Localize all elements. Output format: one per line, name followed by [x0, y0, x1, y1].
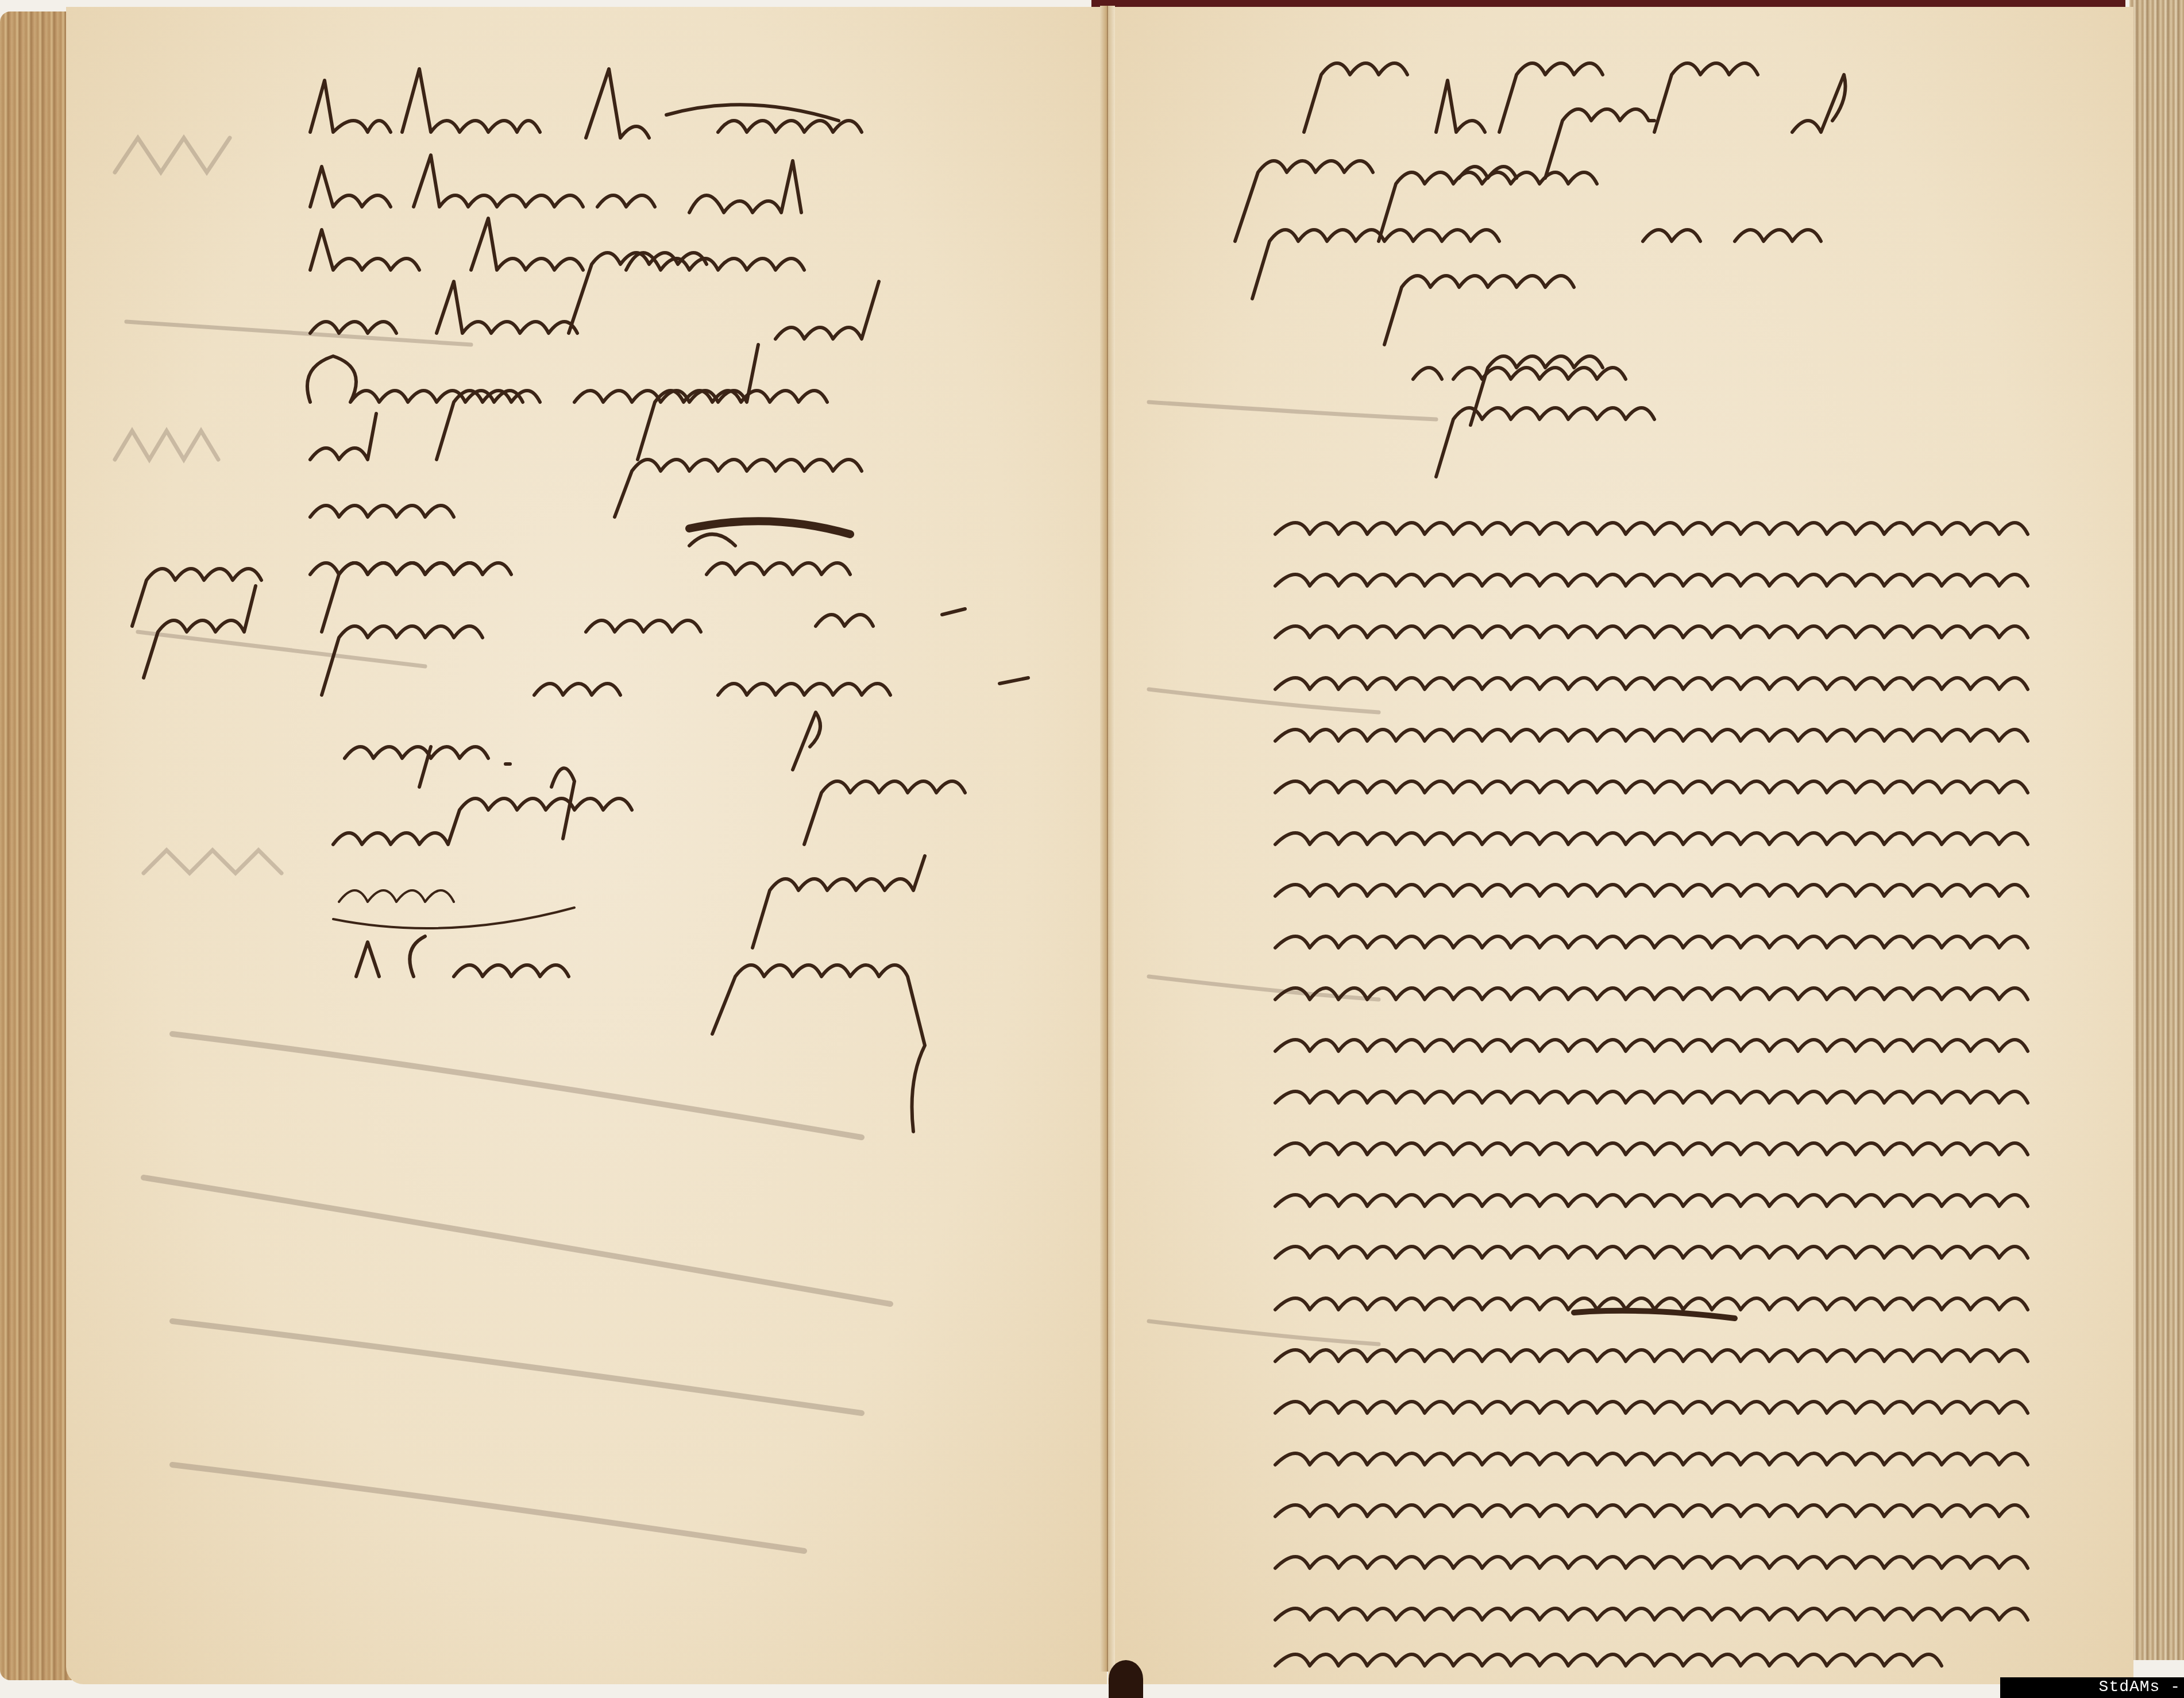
right-page-body	[1275, 523, 2028, 1666]
strikethrough	[1574, 1311, 1735, 1318]
open-book-scan: StdAMs - MV_002a_071	[0, 0, 2184, 1698]
left-margin-note	[132, 569, 261, 678]
archive-reference-label: StdAMs - MV_002a_071	[2000, 1677, 2184, 1698]
right-page-text	[1235, 63, 1846, 477]
left-page-text	[307, 69, 1028, 764]
left-signatures	[333, 712, 965, 1132]
handwriting-ink-layer	[0, 0, 2184, 1698]
